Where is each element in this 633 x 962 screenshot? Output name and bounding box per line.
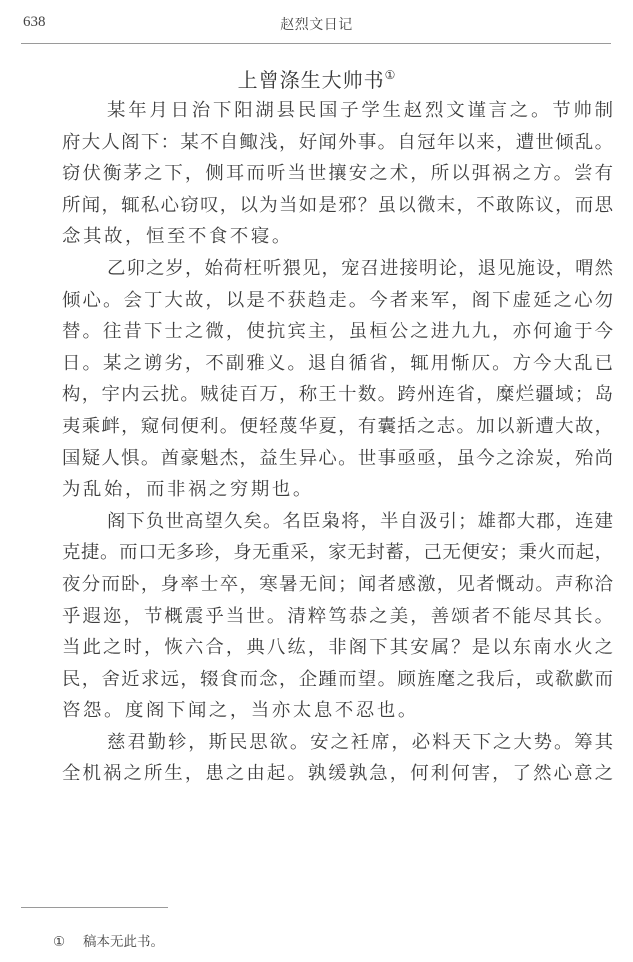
- text-line: 所闻，辄私心窃叹，以为当如是邪？虽以微末，不敢陈议，而思: [62, 190, 613, 222]
- text-line: 民，舍近求远，辍食而念，企踵而望。顾旌麾之我后，或欷歔而: [62, 664, 613, 696]
- text-line: 慈君勤轸，斯民思欲。安之衽席，必料天下之大势。筹其: [62, 727, 613, 759]
- text-line: 倾心。会丁大故，以是不获趋走。今者来军，阁下虚延之心勿: [62, 285, 613, 317]
- text-line: 窃伏衡茅之下，侧耳而听当世攘安之术，所以弭祸之方。尝有: [62, 158, 613, 190]
- text-line: 夷乘衅，窥伺便利。便轻蔑华夏，有囊括之志。加以新遭大故，: [62, 411, 613, 443]
- text-line: 乙卯之岁，始荷枉听猥见，宠召进接明论，退见施设，喟然: [62, 253, 613, 285]
- footnote-text: 稿本无此书。: [83, 934, 164, 950]
- footnote: ①稿本无此书。: [53, 930, 164, 950]
- running-head: 638 赵烈文日记: [0, 0, 633, 44]
- text-line: 克捷。而口无多珍，身无重采，家无封蓄，己无便安；秉火而起，: [62, 537, 613, 569]
- footnote-mark: ①: [53, 934, 83, 950]
- text-line: 阁下负世高望久矣。名臣枭将，半自汲引；雄都大郡，连建: [62, 506, 613, 538]
- header-rule: [21, 43, 611, 44]
- footnote-rule: [21, 907, 168, 908]
- text-line: 日。某之谫劣，不副雅义。退自循省，辄用惭仄。方今大乱已: [62, 348, 613, 380]
- footnote-ref[interactable]: ①: [385, 68, 396, 82]
- text-line: 构，宇内云扰。贼徒百万，称王十数。跨州连省，糜烂疆域；岛: [62, 379, 613, 411]
- book-title: 赵烈文日记: [0, 14, 633, 34]
- chapter-title-text: 上曾涤生大帅书: [238, 68, 385, 92]
- body-text: 某年月日治下阳湖县民国子学生赵烈文谨言之。节帅制府大人阁下：某不自鲰浅，好闻外事…: [62, 95, 613, 790]
- text-line: 乎遐迩，节概震乎当世。清粹笃恭之美，善颂者不能尽其长。: [62, 601, 613, 633]
- text-line: 咨怨。度阁下闻之，当亦太息不忍也。: [62, 695, 613, 727]
- text-line: 国疑人惧。酋豪魁杰，益生异心。世事亟亟，虽今之涂炭，殆尚: [62, 443, 613, 475]
- text-line: 替。往昔下士之微，使抗宾主，虽桓公之进九九，亦何逾于今: [62, 316, 613, 348]
- text-line: 府大人阁下：某不自鲰浅，好闻外事。自冠年以来，遭世倾乱。: [62, 127, 613, 159]
- text-line: 夜分而卧，身率士卒，寒暑无间；闻者感激，见者慨动。声称洽: [62, 569, 613, 601]
- text-line: 为乱始，而非祸之穷期也。: [62, 474, 613, 506]
- chapter-title: 上曾涤生大帅书①: [0, 64, 633, 93]
- text-line: 某年月日治下阳湖县民国子学生赵烈文谨言之。节帅制: [62, 95, 613, 127]
- text-line: 念其故，恒至不食不寝。: [62, 221, 613, 253]
- text-line: 全机祸之所生，患之由起。孰缓孰急，何利何害，了然心意之: [62, 758, 613, 790]
- text-line: 当此之时，恢六合，典八纮，非阁下其安属？是以东南水火之: [62, 632, 613, 664]
